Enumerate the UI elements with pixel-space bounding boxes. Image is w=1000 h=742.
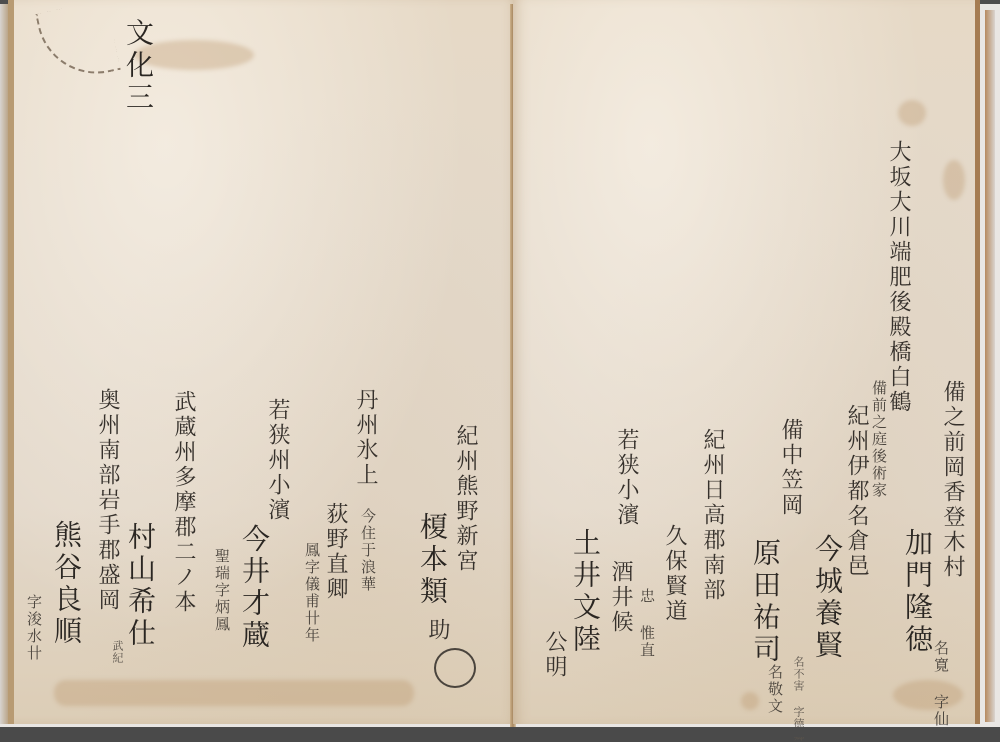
entry-name: 原田祐司	[751, 538, 779, 666]
entry-alias: 名敬文	[767, 664, 782, 715]
entry-note: 字浚水卄	[26, 594, 41, 662]
entry-name: 今井才蔵	[240, 524, 268, 652]
stain	[741, 692, 759, 710]
entry-place: 武蔵州多摩郡二ノ本	[172, 390, 194, 615]
water-stain	[54, 680, 414, 706]
entry-name: 榎本類	[418, 512, 446, 608]
entry-place: 紀州伊都名倉邑	[845, 404, 867, 579]
entry-place: 大坂大川端肥後殿橋白鶴	[887, 140, 909, 415]
left-page: 文化三 紀州熊野新宮 榎本類 助 丹州氷上 今住于浪華 荻野直卿 鳳字儀甫卄年 …	[8, 0, 519, 724]
viewer-bottom-bar	[0, 727, 1000, 737]
entry-place: 丹州氷上	[354, 388, 376, 488]
right-page: 大坂大川端肥後殿橋白鶴 備前之庭後術家 備之前岡香登木村 加門隆徳 名寛 字仙 …	[513, 0, 980, 724]
stain	[943, 160, 965, 200]
entry-place: 備之前岡香登木村	[941, 380, 963, 580]
entry-alias: 公明	[543, 630, 565, 680]
entry-place: 備中笠岡	[779, 418, 801, 518]
circle-mark	[434, 648, 476, 688]
binding-cord	[35, 0, 120, 85]
entry-name: 今城養賢	[813, 534, 841, 662]
entry-name: 久保賢道	[663, 524, 685, 624]
entry-name: 熊谷良順	[52, 520, 80, 648]
entry-name: 加門隆徳	[903, 528, 931, 656]
entry-alias: 武紀	[112, 640, 123, 664]
entry-alias: 忠 惟直	[639, 588, 654, 659]
entry-place: 紀州日高郡南部	[701, 428, 723, 603]
entry-alias: 名寛 字仙	[933, 640, 948, 728]
entry-place: 若狭小濱	[615, 428, 637, 528]
entry-alias: 鳳字儀甫卄年	[304, 542, 319, 644]
entry-name: 村山希仕	[126, 522, 154, 650]
entry-alias: 聖瑞字炳鳳	[214, 548, 229, 633]
entry-place: 若狭州小濱	[266, 398, 288, 523]
entry-note: 今住于浪華	[360, 508, 375, 593]
entry-name: 土井文陸	[571, 528, 599, 656]
entry-note: 備前之庭後術家	[871, 380, 886, 499]
document-viewer: 文化三 紀州熊野新宮 榎本類 助 丹州氷上 今住于浪華 荻野直卿 鳳字儀甫卄年 …	[0, 0, 1000, 737]
entry-name: 荻野直卿	[324, 502, 346, 602]
entry-note: 助	[426, 618, 448, 643]
entry-place: 紀州熊野新宮	[454, 424, 476, 574]
book-right-edge	[985, 10, 995, 722]
entry-alias: 名不害 字德卿	[793, 656, 804, 737]
entry-note: 酒井候	[609, 560, 631, 635]
entry-place: 奥州南部岩手郡盛岡	[96, 388, 118, 613]
stain	[898, 100, 926, 126]
stain	[893, 680, 963, 710]
page-header-bunka-3: 文化三	[124, 18, 152, 114]
